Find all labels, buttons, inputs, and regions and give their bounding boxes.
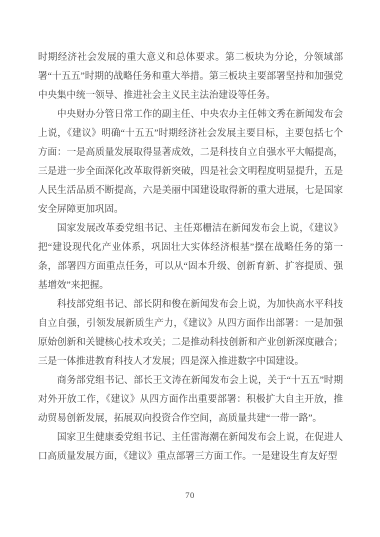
text-block: 时期经济社会发展的重大意义和总体要求。第二板块为分论，分领域部署“十五五”时期的… <box>38 49 343 467</box>
paragraph: 科技部党组书记、部长阴和俊在新闻发布会上说，为加快高水平科技自立自强，引领发展新… <box>38 296 343 372</box>
paragraph: 时期经济社会发展的重大意义和总体要求。第二板块为分论，分领域部署“十五五”时期的… <box>38 49 343 106</box>
document-page: 时期经济社会发展的重大意义和总体要求。第二板块为分论，分领域部署“十五五”时期的… <box>0 0 380 537</box>
paragraph: 中央财办分管日常工作的副主任、中央农办主任韩文秀在新闻发布会上说，《建议》明确“… <box>38 106 343 220</box>
page-number: 70 <box>0 490 380 500</box>
paragraph: 商务部党组书记、部长王文涛在新闻发布会上说，关于“十五五”时期对外开放工作，《建… <box>38 372 343 429</box>
paragraph: 国家发展改革委党组书记、主任郑栅洁在新闻发布会上说，《建议》把“建设现代化产业体… <box>38 220 343 296</box>
paragraph: 国家卫生健康委党组书记、主任雷海潮在新闻发布会上说，在促进人口高质量发展方面，《… <box>38 429 343 467</box>
